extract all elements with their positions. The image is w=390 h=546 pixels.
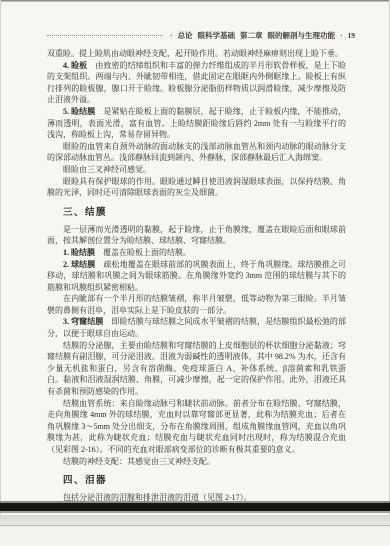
paragraph: 眼睑由三叉神经司感觉。 (47, 164, 346, 176)
scan-footer (0, 515, 390, 546)
header-dot-left: · (170, 31, 173, 40)
run-in-label: 3. 穹窿结膜 (63, 317, 103, 326)
scan-bar-bottom (0, 501, 390, 513)
run-in-label: 2. 球结膜 (63, 260, 95, 269)
scan-edge-top (0, 0, 390, 2)
paragraph: 5. 睑结膜 是紧贴在睑板上面的黏膜层，起于睑缘，止于睑板内缘，不能推动，薄而透… (47, 106, 346, 141)
run-in-label: 5. 睑结膜 (63, 107, 95, 116)
paragraph: 结膜的神经支配：其感觉由三叉神经支配。 (47, 456, 346, 468)
scan-line-bottom (0, 525, 390, 526)
run-in-label: 4. 睑板 (63, 61, 87, 70)
paragraph: 眼睑具有保护眼球的作用。眼睑通过瞬目使泪液润湿眼球表面，以保持结膜、角膜的光泽，… (47, 176, 346, 199)
header-chapter-title: 眼的解剖与生理功能 (268, 30, 336, 41)
section-heading: 四、泪器 (47, 475, 346, 487)
header-page-number: 19 (348, 31, 356, 40)
scanned-page: · 总论 眼科学基础 第二章 眼的解剖与生理功能 · 19 双重睑。提上睑肌由动… (0, 0, 390, 546)
paragraph: 2. 球结膜 疏松地覆盖在眼球前部的巩膜表面上，终于角巩膜缘。球结膜推之可移动，… (47, 259, 346, 294)
page-body: 双重睑。提上睑肌由动眼神经支配，起开睑作用。若动眼神经麻痹则出现上睑下垂。4. … (47, 48, 346, 504)
paragraph: 4. 睑板 由致密的结缔组织和丰富的弹力纤维组成的半月形软骨样板，是上下睑的支架… (47, 60, 346, 106)
header-section: 总论 (178, 30, 193, 41)
paragraph: 3. 穹窿结膜 即睑结膜与球结膜之间成水平皱褶的结膜，是结膜组织最松弛的部分，以… (47, 316, 346, 339)
paragraph: 眼睑的血管来自颈外动脉的面动脉支的浅部动脉血管丛和颈内动脉的眼动脉分支的深部动脉… (47, 141, 346, 164)
scan-edge-left (0, 0, 1, 546)
section-heading: 三、结膜 (47, 207, 346, 219)
header-dot-right: · (340, 31, 343, 40)
header-chapter: 第二章 (240, 30, 263, 41)
paragraph: 在内眦部有一个半月形的结膜皱褶，称半月皱襞，低等动物为第三眼睑。半月皱襞的鼻侧有… (47, 293, 346, 316)
paragraph: 结膜血管系统：来自睑缘动脉弓和睫状前动脉。前者分布在睑结膜、穹窿结膜，走向角膜缘… (47, 398, 346, 456)
paragraph: 1. 睑结膜 覆盖在睑板上面的结膜。 (47, 247, 346, 259)
running-header: · 总论 眼科学基础 第二章 眼的解剖与生理功能 · 19 (47, 30, 346, 41)
paragraph: 是一层薄而光滑透明的黏膜，起于睑缘，止于角膜缘，覆盖在眼睑后面和眼球前面，按其解… (47, 224, 346, 247)
paragraph: 双重睑。提上睑肌由动眼神经支配，起开睑作用。若动眼神经麻痹则出现上睑下垂。 (47, 48, 346, 60)
dotted-leader (47, 35, 163, 36)
run-in-label: 1. 睑结膜 (63, 248, 95, 257)
header-book-title: 眼科学基础 (198, 30, 236, 41)
paragraph: 结膜的分泌腺，主要由睑结膜和穹窿结膜的上皮细胞层的杯状细胞分泌黏液；穹窿结膜有副… (47, 340, 346, 398)
